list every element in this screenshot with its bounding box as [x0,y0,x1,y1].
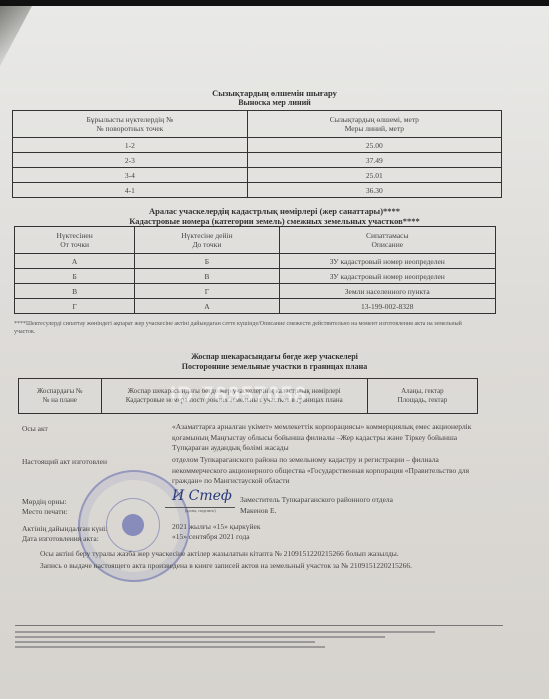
cell-text: Сызықтардың өлшемі, метр [330,115,419,124]
line-measures-table: Бұрылысты нүктелердің №№ поворотных точе… [12,110,502,198]
table-cell: 1-2 [13,138,248,153]
registration-kz: Осы актіні беру туралы жазба жер учаскес… [40,549,520,560]
section3-title-ru: Посторонние земельные участки в границах… [0,362,549,371]
act-text-ru: отделом Тупкараганского района по земель… [172,455,492,487]
table-cell: 36.30 [247,183,501,198]
table-cell: 4-1 [13,183,248,198]
section2-title-kz: Аралас учаскелердің кадастрлық нөмірлері… [0,206,549,216]
table-cell: В [15,284,135,299]
table-row: 1-225.00 [13,138,502,153]
table-cell: Б [135,254,279,269]
table-cell: 13-199-002-8328 [279,299,495,314]
table-cell: Жоспардағы №№ на плане [19,379,102,414]
table-cell: 3-4 [13,168,248,183]
cell-text: Бұрылысты нүктелердің № [86,115,173,124]
footer-fine-print [15,636,385,638]
table-cell: Алаңы, гектарПлощадь, гектар [367,379,477,414]
table-row: 3-425.01 [13,168,502,183]
seal-label-ru: Место печати: [22,507,68,516]
date-label-ru: Дата изготовления акта: [22,534,99,543]
cell-text: Меры линий, метр [345,124,404,133]
seal-label-kz: Мөрдің орны: [22,497,67,506]
table-cell: 25.01 [247,168,501,183]
table-cell: 25.00 [247,138,501,153]
cell-text: Сипаттамасы [366,231,409,240]
act-label-ru: Настоящий акт изготовлен [22,457,107,466]
table-cell: ЗУ кадастровый номер неопределен [279,254,495,269]
registration-ru: Запись о выдаче настоящего акта произвед… [40,561,520,572]
table-cell: ЗУ кадастровый номер неопределен [279,269,495,284]
table-row: 4-136.30 [13,183,502,198]
table-cell: Г [135,284,279,299]
date-value-ru: «15» сентября 2021 года [172,532,250,543]
cell-text: До точки [192,240,221,249]
date-value-kz: 2021 жылғы «15» қыркүйек [172,522,261,533]
table-cell: В [135,269,279,284]
table-row: 2-337.49 [13,153,502,168]
table-cell: НүктесіненОт точки [15,227,135,254]
date-label-kz: Актінің дайындалған күні: [22,524,107,533]
section1-title-kz: Сызықтардың өлшемін шығару [0,88,549,98]
table-cell: Б [15,269,135,284]
section2-title-ru: Кадастровые номера (категории земель) см… [0,216,549,226]
table-row: ВГЗемли населенного пункта [15,284,496,299]
table-cell: Земли населенного пункта [279,284,495,299]
signer-title: Заместитель Тупкараганского районного от… [240,495,393,506]
cell-text: Описание [371,240,403,249]
section3-title-kz: Жоспар шекарасындағы бөгде жер учаскелер… [0,352,549,361]
table-row: БВЗУ кадастровый номер неопределен [15,269,496,284]
signature: И Стеф [172,488,232,504]
table-cell: СипаттамасыОписание [279,227,495,254]
cell-text: От точки [60,240,89,249]
signature-caption: (қолы, подпись) [185,508,216,513]
table-cell: Г [15,299,135,314]
act-label-kz: Осы акт [22,424,48,433]
cell-text: Площадь, гектар [398,396,448,404]
act-text-kz: «Азаматтарға арналған үкімет» мемлекетті… [172,422,492,454]
cell-text: Алаңы, гектар [401,387,444,395]
footer-fine-print [15,631,435,633]
table-cell: А [15,254,135,269]
section1-title-ru: Выноска мер линий [0,98,549,107]
table-cell: Нүктесіне дейінДо точки [135,227,279,254]
table-cell: А [135,299,279,314]
table-cell: 2-3 [13,153,248,168]
cell-text: № поворотных точек [96,124,163,133]
footer-fine-print [15,646,325,648]
cell-text: Нүктесіне дейін [181,231,232,240]
table-cell: 37.49 [247,153,501,168]
adjacent-parcels-table: НүктесіненОт точки Нүктесіне дейінДо точ… [14,226,496,314]
cell-text: Жоспардағы № [37,387,83,395]
listing-watermark: ID 76957056 [170,382,307,408]
table-row: ГА13-199-002-8328 [15,299,496,314]
footer-divider [15,625,503,626]
cell-text: Нүктесінен [56,231,92,240]
table-cell: Бұрылысты нүктелердің №№ поворотных точе… [13,111,248,138]
signer-name: Макенов Е. [240,506,276,517]
cell-text: № на плане [43,396,77,404]
adjacency-footnote: ****Шектесулерді сипаттау жөніндегі ақпа… [14,320,484,336]
table-cell: Сызықтардың өлшемі, метрМеры линий, метр [247,111,501,138]
table-row: АБЗУ кадастровый номер неопределен [15,254,496,269]
footer-fine-print [15,641,315,643]
